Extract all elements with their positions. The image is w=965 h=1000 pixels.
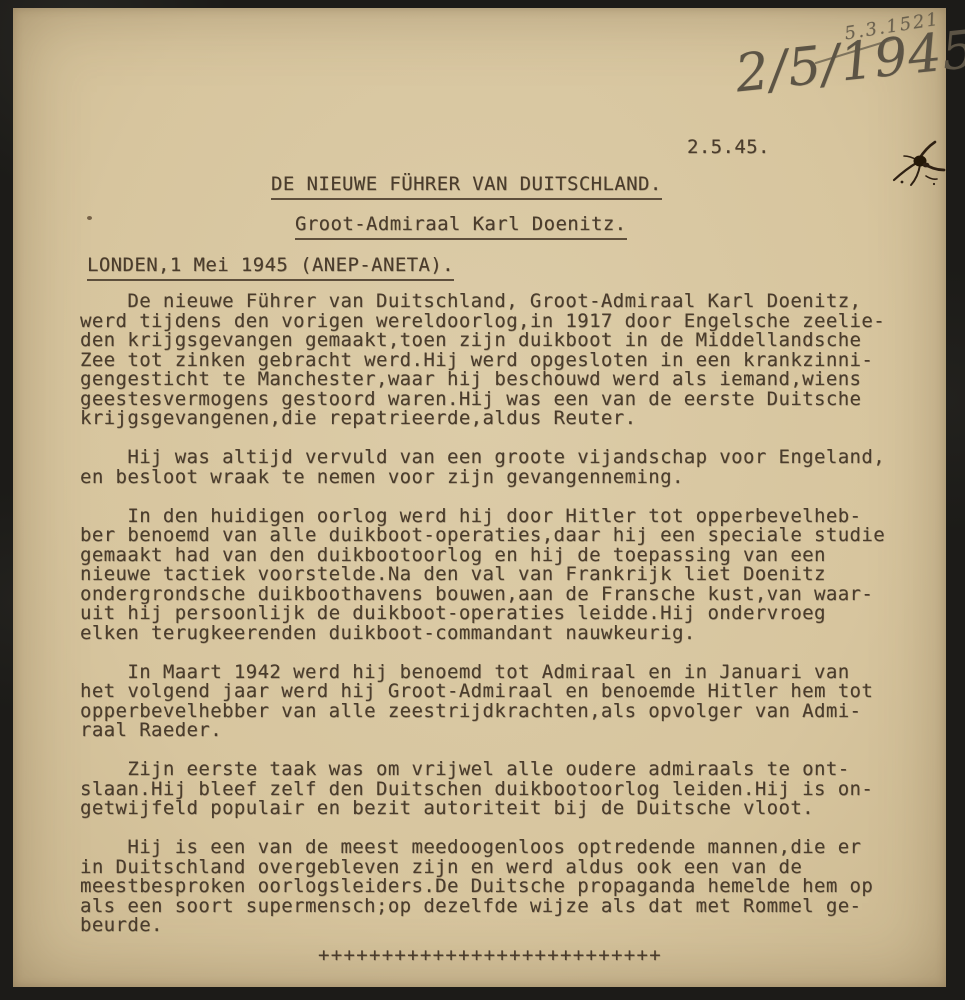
document-page: 5.3.1521 2/5/1945 2.5.45. DE NIEUWE FÜHR…	[13, 8, 946, 987]
typed-date: 2.5.45.	[687, 138, 770, 158]
paragraph: Zijn eerste taak was om vrijwel alle oud…	[80, 760, 920, 819]
handwritten-date: 2/5/1945	[733, 20, 965, 105]
paragraph: Hij is een van de meest meedoogenloos op…	[80, 838, 920, 936]
ink-blot-icon	[890, 132, 950, 196]
paragraph: De nieuwe Führer van Duitschland, Groot-…	[80, 292, 920, 429]
paragraph: Hij was altijd vervuld van een groote vi…	[80, 448, 920, 487]
dateline: LONDEN,1 Mei 1945 (ANEP-ANETA).	[87, 256, 454, 281]
paragraph: In den huidigen oorlog werd hij door Hit…	[80, 507, 920, 644]
document-title: DE NIEUWE FÜHRER VAN DUITSCHLAND.	[271, 175, 662, 200]
document-subtitle: Groot-Admiraal Karl Doenitz.	[295, 215, 627, 240]
ink-speck	[87, 216, 92, 220]
footer-separator: +++++++++++++++++++++++++++	[318, 946, 662, 966]
paragraph: In Maart 1942 werd hij benoemd tot Admir…	[80, 663, 920, 741]
scanned-document-screenshot: { "page": { "background_color": "#1c1b18…	[0, 0, 965, 1000]
document-body: De nieuwe Führer van Duitschland, Groot-…	[80, 292, 920, 955]
